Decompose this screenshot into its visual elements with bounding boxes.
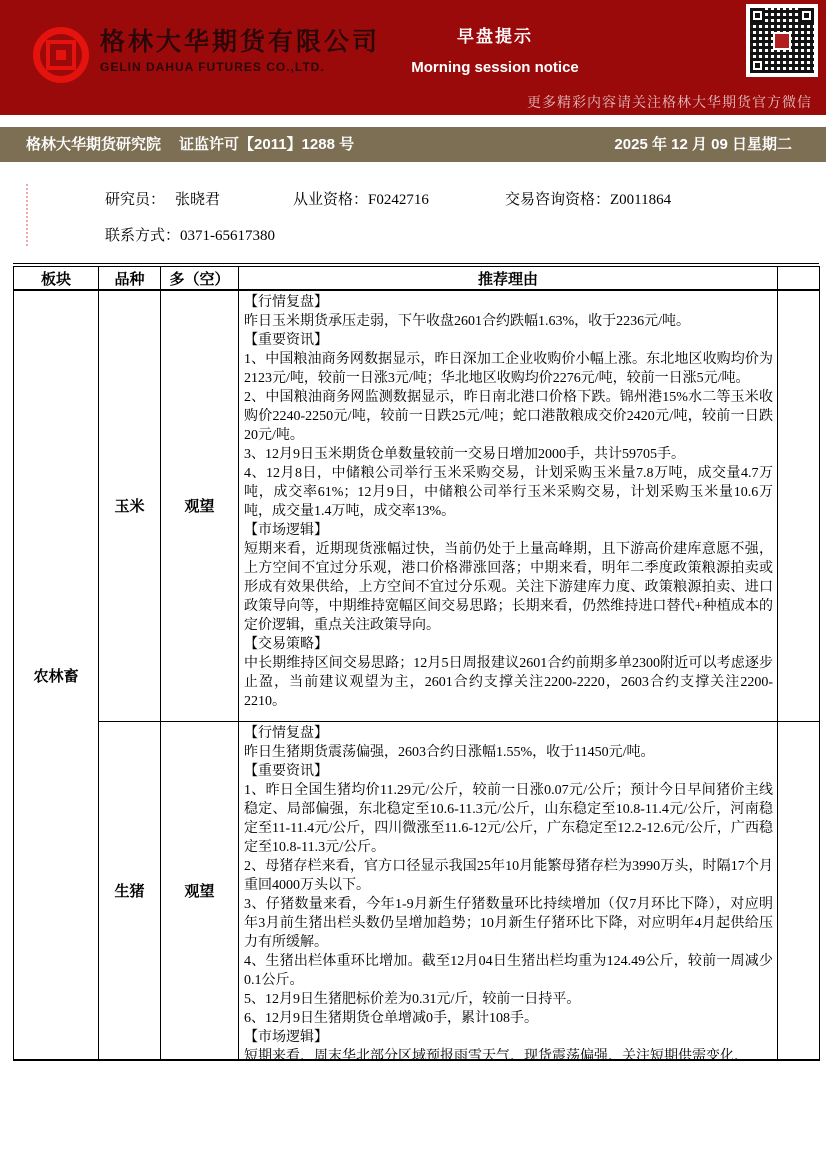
researcher-name-label: 研究员：	[105, 192, 165, 208]
col-header-reason: 推荐理由	[239, 267, 778, 291]
reason-paragraph: 中长期维持区间交易思路；12月5日周报建议2601合约前期多单2300附近可以考…	[244, 654, 773, 711]
company-name-en: GELIN DAHUA FUTURES CO.,LTD.	[100, 60, 380, 74]
reason-paragraph: 昨日玉米期货承压走弱，下午收盘2601合约跌幅1.63%，收于2236元/吨。	[244, 312, 773, 331]
recommendation-table: 板块 品种 多（空） 推荐理由 农林畜 玉米 观望 【行情复盘】 昨日玉米期货承…	[13, 263, 819, 1061]
contact-field: 联系方式：0371-65617380	[105, 224, 275, 245]
reason-paragraph: 短期来看，近期现货涨幅过快，当前仍处于上量高峰期，且下游高价建库意愿不强，上方空…	[244, 540, 773, 635]
qualification-field: 从业资格：F0242716	[293, 188, 429, 209]
reason-paragraph: 【重要资讯】	[244, 331, 773, 350]
reason-paragraph: 6、12月9日生猪期货仓单增减0手，累计108手。	[244, 1009, 773, 1028]
notice-title-cn: 早盘提示	[355, 22, 635, 47]
notes-cell	[778, 721, 820, 1060]
info-bar-left: 格林大华期货研究院证监许可【2011】1288 号	[26, 127, 354, 162]
qr-finder-top-left-icon	[750, 8, 765, 23]
reason-paragraph: 【行情复盘】	[244, 293, 773, 312]
reason-paragraph: 1、昨日全国生猪均价11.29元/公斤，较前一日涨0.07元/公斤；预计今日早间…	[244, 781, 773, 857]
col-header-variety: 品种	[99, 267, 161, 291]
variety-cell-corn: 玉米	[99, 290, 161, 721]
advisory-value: Z0011864	[610, 192, 671, 208]
col-header-position: 多（空）	[161, 267, 239, 291]
notice-title-block: 早盘提示 Morning session notice	[355, 22, 635, 76]
col-header-extra	[778, 267, 820, 291]
reason-paragraph: 【市场逻辑】	[244, 521, 773, 540]
table-header-row: 板块 品种 多（空） 推荐理由	[14, 267, 820, 291]
col-header-sector: 板块	[14, 267, 99, 291]
table-row: 农林畜 玉米 观望 【行情复盘】 昨日玉米期货承压走弱，下午收盘2601合约跌幅…	[14, 290, 820, 721]
position-cell-hog: 观望	[161, 721, 239, 1060]
company-logo-icon	[33, 27, 89, 83]
position-cell-corn: 观望	[161, 290, 239, 721]
advisory-label: 交易咨询资格：	[505, 192, 610, 208]
researcher-name-field: 研究员：张晓君	[105, 188, 220, 209]
text-boundary-mark	[26, 184, 28, 246]
reason-paragraph: 2、中国粮油商务网监测数据显示，昨日南北港口价格下跌。锦州港15%水二等玉米收购…	[244, 388, 773, 445]
morning-notice-page: 格林大华期货有限公司 GELIN DAHUA FUTURES CO.,LTD. …	[0, 0, 826, 1169]
reason-paragraph: 5、12月9日生猪肥标价差为0.31元/斤，较前一日持平。	[244, 990, 773, 1009]
reason-paragraph: 【重要资讯】	[244, 762, 773, 781]
license-number: 证监许可【2011】1288 号	[179, 136, 354, 153]
header-banner: 格林大华期货有限公司 GELIN DAHUA FUTURES CO.,LTD. …	[0, 0, 826, 115]
reason-paragraph: 4、生猪出栏体重环比增加。截至12月04日生猪出栏均重为124.49公斤，较前一…	[244, 952, 773, 990]
wechat-follow-note: 更多精彩内容请关注格林大华期货官方微信	[527, 92, 812, 112]
notice-title-en: Morning session notice	[355, 59, 635, 76]
qr-finder-top-right-icon	[799, 8, 814, 23]
reason-paragraph: 4、12月8日，中储粮公司举行玉米采购交易，计划采购玉米量7.8万吨，成交量4.…	[244, 464, 773, 521]
reason-paragraph: 3、12月9日玉米期货仓单数量较前一交易日增加2000手，共计59705手。	[244, 445, 773, 464]
contact-label: 联系方式：	[105, 228, 180, 244]
reason-paragraph: 【行情复盘】	[244, 724, 773, 743]
institute-name: 格林大华期货研究院	[26, 136, 161, 153]
reason-cell-hog: 【行情复盘】 昨日生猪期货震荡偏强，2603合约日涨幅1.55%，收于11450…	[239, 721, 778, 1060]
reason-paragraph: 【交易策略】	[244, 635, 773, 654]
table-row: 生猪 观望 【行情复盘】 昨日生猪期货震荡偏强，2603合约日涨幅1.55%，收…	[14, 721, 820, 1060]
company-name-cn: 格林大华期货有限公司	[100, 28, 380, 56]
reason-paragraph: 3、仔猪数量来看，今年1-9月新生仔猪数量环比持续增加（仅7月环比下降），对应明…	[244, 895, 773, 952]
logo-core-shape	[56, 50, 66, 60]
researcher-name-value: 张晓君	[175, 192, 220, 208]
reason-paragraph: 短期来看，周末华北部分区域预报雨雪天气，现货震荡偏强，关注短期供需变化，	[244, 1047, 773, 1059]
variety-cell-hog: 生猪	[99, 721, 161, 1060]
wechat-qr-code-icon	[746, 4, 818, 77]
reason-paragraph: 2、母猪存栏来看，官方口径显示我国25年10月能繁母猪存栏为3990万头，时隔1…	[244, 857, 773, 895]
qualification-value: F0242716	[368, 192, 429, 208]
contact-value: 0371-65617380	[180, 228, 275, 244]
company-name-block: 格林大华期货有限公司 GELIN DAHUA FUTURES CO.,LTD.	[100, 28, 380, 74]
reason-paragraph: 【市场逻辑】	[244, 1028, 773, 1047]
reason-cell-corn: 【行情复盘】 昨日玉米期货承压走弱，下午收盘2601合约跌幅1.63%，收于22…	[239, 290, 778, 721]
qualification-label: 从业资格：	[293, 192, 368, 208]
info-bar: 格林大华期货研究院证监许可【2011】1288 号 2025 年 12 月 09…	[0, 127, 826, 162]
advisory-field: 交易咨询资格：Z0011864	[505, 188, 671, 209]
sector-cell: 农林畜	[14, 290, 99, 1060]
qr-center-logo-icon	[773, 32, 791, 50]
notes-cell	[778, 290, 820, 721]
qr-finder-bottom-left-icon	[750, 58, 765, 73]
report-date: 2025 年 12 月 09 日星期二	[614, 127, 792, 162]
reason-paragraph: 1、中国粮油商务网数据显示，昨日深加工企业收购价小幅上涨。东北地区收购均价为21…	[244, 350, 773, 388]
reason-paragraph: 昨日生猪期货震荡偏强，2603合约日涨幅1.55%，收于11450元/吨。	[244, 743, 773, 762]
